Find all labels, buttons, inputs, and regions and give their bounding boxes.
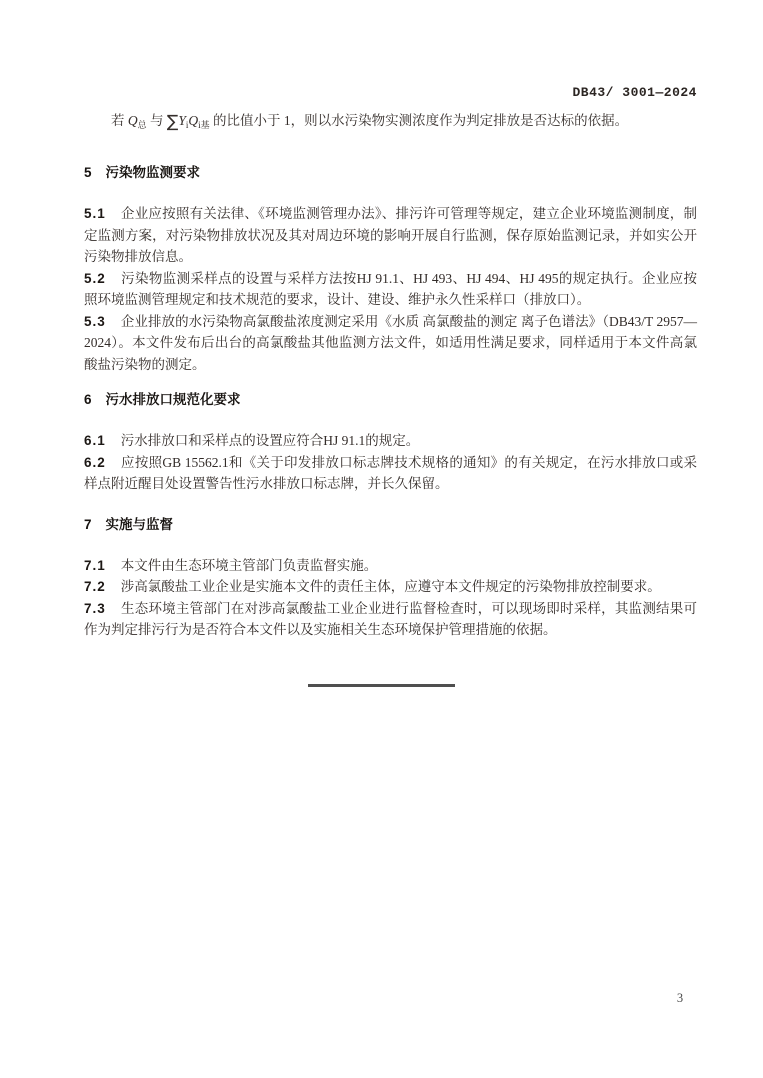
clause-5-3: 5.3企业排放的水污染物高氯酸盐浓度测定采用《水质 高氯酸盐的测定 离子色谱法》… xyxy=(84,311,697,376)
intro-paragraph: 若 Q总 与 ∑YiQi基 的比值小于 1，则以水污染物实测浓度作为判定排放是否… xyxy=(84,110,697,136)
clause-5-2-number: 5.2 xyxy=(84,271,106,286)
page-number: 3 xyxy=(670,991,690,1006)
section-5-heading: 5污染物监测要求 xyxy=(84,164,697,181)
section-5-number: 5 xyxy=(84,165,93,180)
clause-5-3-text: 企业排放的水污染物高氯酸盐浓度测定采用《水质 高氯酸盐的测定 离子色谱法》（DB… xyxy=(84,314,697,372)
intro-text-mid: 与 xyxy=(147,113,167,128)
clause-5-2: 5.2污染物监测采样点的设置与采样方法按HJ 91.1、HJ 493、HJ 49… xyxy=(84,268,697,311)
formula-sub-total: 总 xyxy=(138,120,147,130)
section-7-title: 实施与监督 xyxy=(106,517,174,532)
formula-var-q-total: Q xyxy=(128,113,138,128)
section-6-heading: 6污水排放口规范化要求 xyxy=(84,391,697,408)
clause-7-1-number: 7.1 xyxy=(84,558,106,573)
clause-7-2: 7.2涉高氯酸盐工业企业是实施本文件的责任主体，应遵守本文件规定的污染物排放控制… xyxy=(84,576,697,598)
intro-text-end: 的比值小于 1，则以水污染物实测浓度作为判定排放是否达标的依据。 xyxy=(210,113,629,128)
clause-6-2: 6.2应按照GB 15562.1和《关于印发排放口标志牌技术规格的通知》的有关规… xyxy=(84,452,697,495)
document-page: DB43/ 3001—2024 若 Q总 与 ∑YiQi基 的比值小于 1，则以… xyxy=(0,0,763,1078)
clause-7-3-text: 生态环境主管部门在对涉高氯酸盐工业企业进行监督检查时，可以现场即时采样，其监测结… xyxy=(84,601,697,638)
clause-6-2-text: 应按照GB 15562.1和《关于印发排放口标志牌技术规格的通知》的有关规定，在… xyxy=(84,455,697,492)
end-of-text-rule xyxy=(308,684,455,687)
section-6-title: 污水排放口规范化要求 xyxy=(106,392,241,407)
clause-7-3-number: 7.3 xyxy=(84,601,106,616)
clause-6-2-number: 6.2 xyxy=(84,455,106,470)
clause-5-1-text: 企业应按照有关法律、《环境监测管理办法》、排污许可管理等规定，建立企业环境监测制… xyxy=(84,206,697,264)
clause-5-1-number: 5.1 xyxy=(84,206,106,221)
clause-7-1-text: 本文件由生态环境主管部门负责监督实施。 xyxy=(121,558,378,573)
section-7-number: 7 xyxy=(84,517,93,532)
clause-7-3: 7.3生态环境主管部门在对涉高氯酸盐工业企业进行监督检查时，可以现场即时采样，其… xyxy=(84,598,697,641)
section-7-heading: 7实施与监督 xyxy=(84,516,697,533)
clause-7-2-number: 7.2 xyxy=(84,579,106,594)
page-content: DB43/ 3001—2024 若 Q总 与 ∑YiQi基 的比值小于 1，则以… xyxy=(84,0,697,641)
section-6-number: 6 xyxy=(84,392,93,407)
sigma-symbol: ∑ xyxy=(167,112,178,132)
clause-7-2-text: 涉高氯酸盐工业企业是实施本文件的责任主体，应遵守本文件规定的污染物排放控制要求。 xyxy=(121,579,661,594)
clause-6-1-number: 6.1 xyxy=(84,433,106,448)
doc-number-header: DB43/ 3001—2024 xyxy=(84,86,697,100)
clause-5-1: 5.1企业应按照有关法律、《环境监测管理办法》、排污许可管理等规定，建立企业环境… xyxy=(84,203,697,268)
clause-5-3-number: 5.3 xyxy=(84,314,106,329)
clause-7-1: 7.1本文件由生态环境主管部门负责监督实施。 xyxy=(84,555,697,577)
clause-5-2-text: 污染物监测采样点的设置与采样方法按HJ 91.1、HJ 493、HJ 494、H… xyxy=(84,271,697,308)
clause-6-1: 6.1污水排放口和采样点的设置应符合HJ 91.1的规定。 xyxy=(84,430,697,452)
formula-var-y: Y xyxy=(178,113,186,128)
formula-var-q-base: Q xyxy=(188,113,198,128)
section-5-title: 污染物监测要求 xyxy=(106,165,201,180)
formula-sub-i-base: i基 xyxy=(198,120,210,130)
clause-6-1-text: 污水排放口和采样点的设置应符合HJ 91.1的规定。 xyxy=(121,433,420,448)
intro-text-start: 若 xyxy=(111,113,128,128)
